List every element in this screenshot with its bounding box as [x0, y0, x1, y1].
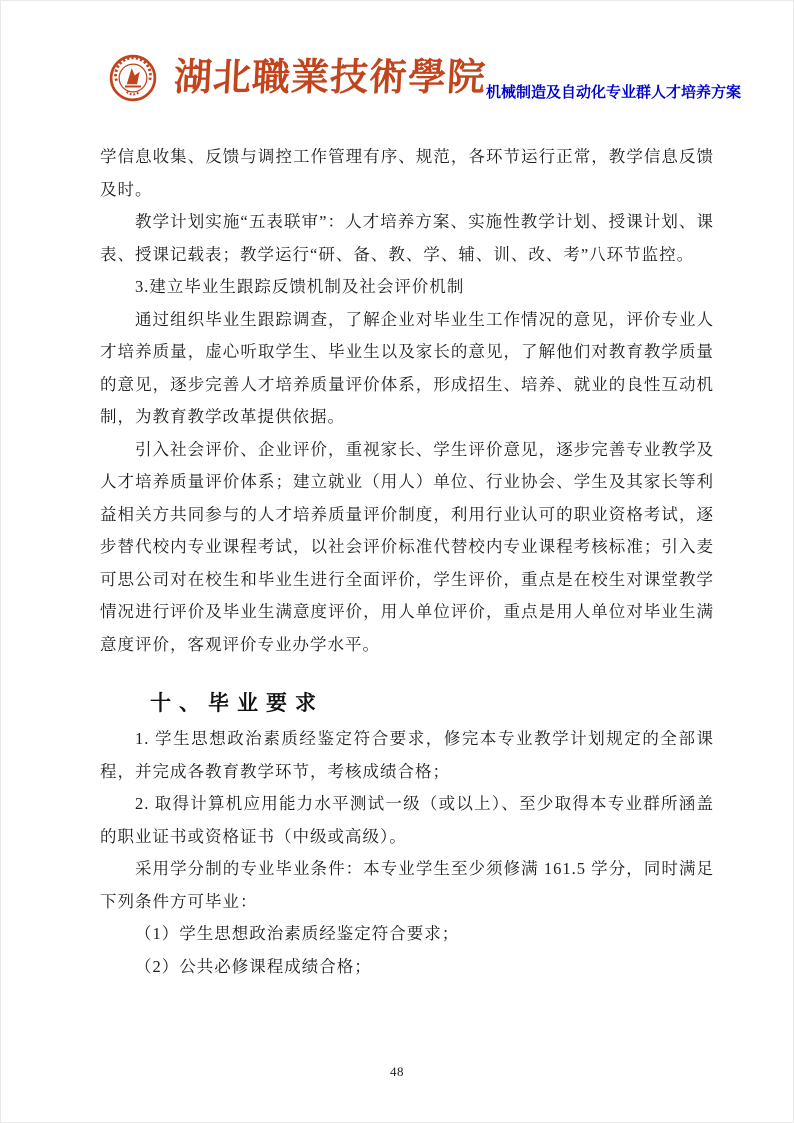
school-seal-icon [108, 53, 158, 103]
paragraph: 通过组织毕业生跟踪调查，了解企业对毕业生工作情况的意见，评价专业人才培养质量，虚… [100, 304, 714, 434]
document-body: 学信息收集、反馈与调控工作管理有序、规范，各环节运行正常，教学信息反馈及时。 教… [100, 141, 714, 983]
section-heading-graduation-requirements: 十、毕业要求 [150, 688, 714, 718]
school-name-calligraphy: 湖北職業技術學院 [173, 53, 488, 103]
paragraph: 教学计划实施“五表联审”：人才培养方案、实施性教学计划、授课计划、课表、授课记载… [100, 206, 714, 271]
page-header: 湖北職業技術學院 机械制造及自动化专业群人才培养方案 [100, 49, 712, 107]
page-number: 48 [390, 1064, 404, 1079]
document-page: 湖北職業技術學院 机械制造及自动化专业群人才培养方案 学信息收集、反馈与调控工作… [0, 0, 794, 1123]
paragraph-condition-1: （1）学生思想政治素质经鉴定符合要求； [100, 918, 714, 951]
paragraph-credit-requirement: 采用学分制的专业毕业条件：本专业学生至少须修满 161.5 学分，同时满足下列条… [100, 853, 714, 918]
paragraph: 引入社会评价、企业评价，重视家长、学生评价意见，逐步完善专业教学及人才培养质量评… [100, 434, 714, 662]
paragraph-condition-2: （2）公共必修课程成绩合格； [100, 951, 714, 984]
paragraph-subsection-title: 3.建立毕业生跟踪反馈机制及社会评价机制 [100, 271, 714, 304]
paragraph-requirement-2: 2. 取得计算机应用能力水平测试一级（或以上）、至少取得本专业群所涵盖的职业证书… [100, 788, 714, 853]
page-footer: 48 [1, 1064, 793, 1080]
paragraph-requirement-1: 1. 学生思想政治素质经鉴定符合要求，修完本专业教学计划规定的全部课程，并完成各… [100, 723, 714, 788]
document-title: 机械制造及自动化专业群人才培养方案 [486, 81, 741, 102]
paragraph: 学信息收集、反馈与调控工作管理有序、规范，各环节运行正常，教学信息反馈及时。 [100, 141, 714, 206]
